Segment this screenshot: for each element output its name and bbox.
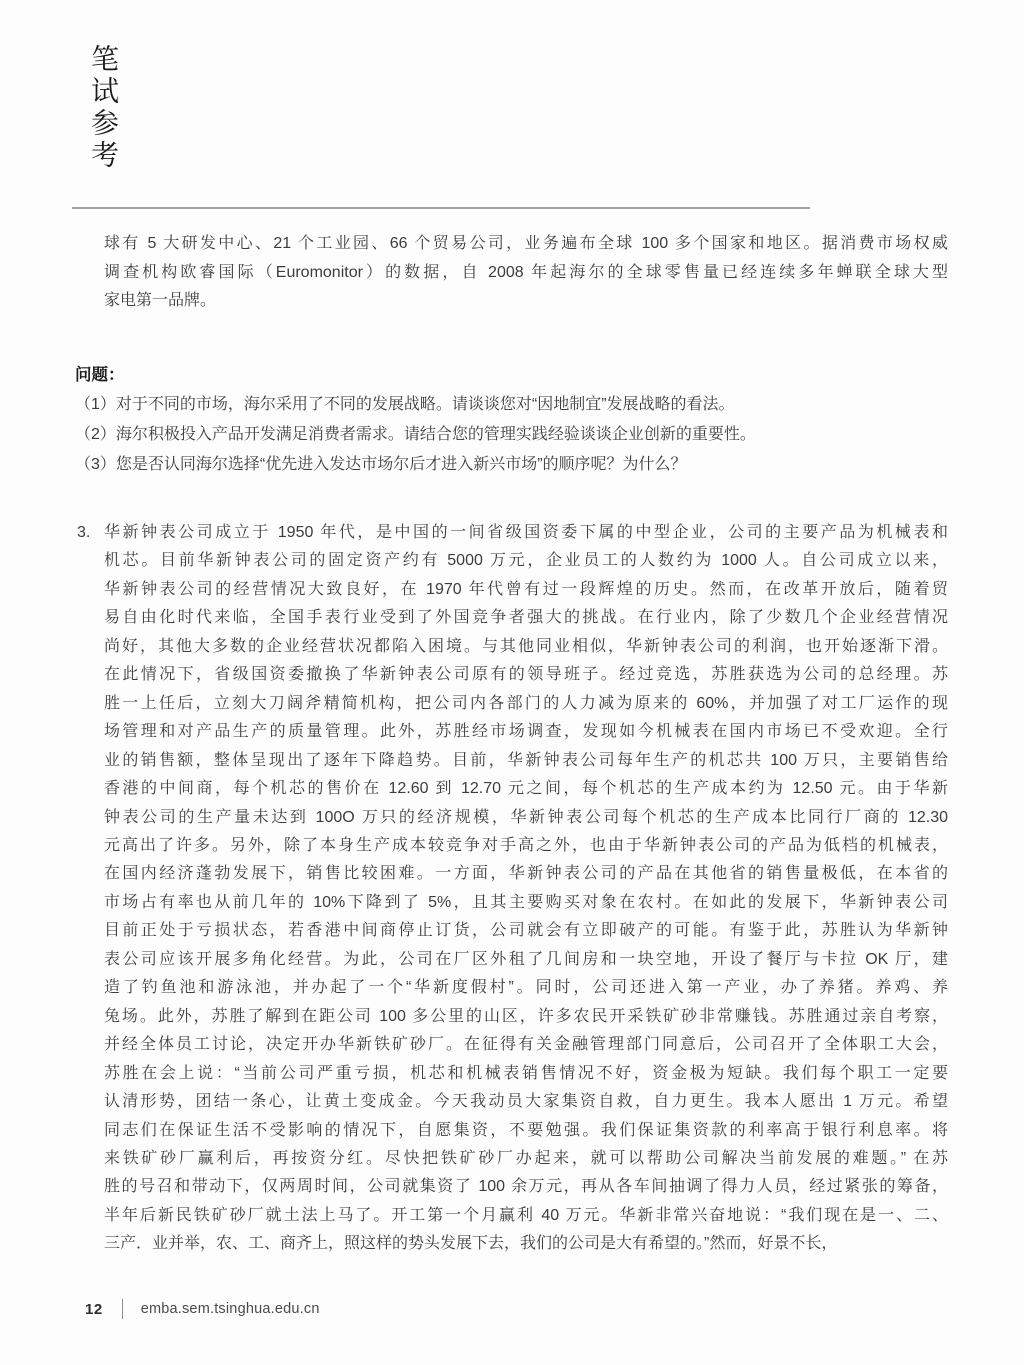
case-text-line: 在此情况下，省级国资委撤换了华新钟表公司原有的领导班子。经过竞选，苏胜获选为公司…: [104, 661, 948, 689]
case-text-line: 三产．业并举，农、工、商齐上，照这样的势头发展下去，我们的公司是大有希望的。”然…: [104, 1230, 948, 1258]
case-text-line: 同志们在保证生活不受影响的情况下，自愿集资，不要勉强。我们保证集资款的利率高于银…: [104, 1117, 948, 1145]
question-item-3: （3）您是否认同海尔选择“优先进入发达市场尔后才进入新兴市场”的顺序呢？为什么？: [75, 450, 948, 480]
case-text-line: 兔场。此外，苏胜了解到在距公司 100 多公里的山区，许多农民开采铁矿砂非常赚钱…: [104, 1003, 948, 1031]
case-text-line: 市场占有率也从前几年的 10%下降到了 5%，且其主要购买对象在农村。在如此的发…: [104, 889, 948, 917]
case-text-line: 尚好，其他大多数的企业经营状况都陷入困境。与其他同业相似，华新钟表公司的利润，也…: [104, 633, 948, 661]
case-text-line: 半年后新民铁矿砂厂就土法上马了。开工第一个月赢利 40 万元。华新非常兴奋地说：…: [104, 1202, 948, 1230]
document-page: 笔试参考 球有 5 大研发中心、21 个工业园、66 个贸易公司，业务遍布全球 …: [0, 0, 1024, 1365]
intro-line: 球有 5 大研发中心、21 个工业园、66 个贸易公司，业务遍布全球 100 多…: [104, 230, 948, 259]
case-text-line: 易自由化时代来临，全国手表行业受到了外国竞争者强大的挑战。在行业内，除了少数几个…: [104, 604, 948, 632]
case-text-line: 并经全体员工讨论，决定开办华新铁矿砂厂。在征得有关金融管理部门同意后，公司召开了…: [104, 1031, 948, 1059]
case-text-line: 造了钓鱼池和游泳池，并办起了一个“华新度假村”。同时，公司还进入第一产业，办了养…: [104, 974, 948, 1002]
case-text-line: 目前正处于亏损状态，若香港中间商停止订货，公司就会有立即破产的可能。有鉴于此，苏…: [104, 917, 948, 945]
case-number: 3.: [77, 519, 90, 547]
footer-divider: [122, 1299, 123, 1319]
case-text-line: 胜一上任后，立刻大刀阔斧精简机构，把公司内各部门的人力减为原来的 60%，并加强…: [104, 690, 948, 718]
case-text-line: 苏胜在会上说：“当前公司严重亏损，机芯和机械表销售情况不好，资金极为短缺。我们每…: [104, 1060, 948, 1088]
case-text-line: 认清形势，团结一条心，让黄土变成金。今天我动员大家集资自救，自力更生。我本人愿出…: [104, 1088, 948, 1116]
case-body: 华新钟表公司成立于 1950 年代，是中国的一间省级国资委下属的中型企业，公司的…: [104, 519, 948, 1259]
case-text-line: 胜的号召和带动下，仅两周时间，公司就集资了 100 余万元，再从各车间抽调了得力…: [104, 1173, 948, 1201]
case-text-line: 业的销售额，整体呈现出了逐年下降趋势。目前，华新钟表公司每年生产的机芯共 100…: [104, 747, 948, 775]
question-item-2: （2）海尔积极投入产品开发满足消费者需求。请结合您的管理实践经验谈谈企业创新的重…: [75, 420, 948, 450]
intro-line: 家电第一品牌。: [104, 287, 948, 316]
questions-heading: 问题：: [75, 360, 948, 390]
page-vertical-title: 笔试参考: [83, 44, 123, 172]
case-text-line: 来铁矿砂厂赢利后，再按资分红。尽快把铁矿砂厂办起来，就可以帮助公司解决当前发展的…: [104, 1145, 948, 1173]
intro-line: 调查机构欧睿国际（Euromonitor）的数据，自 2008 年起海尔的全球零…: [104, 259, 948, 288]
question-item-1: （1）对于不同的市场，海尔采用了不同的发展战略。请谈谈您对“因地制宜”发展战略的…: [75, 390, 948, 420]
questions-section: 问题： （1）对于不同的市场，海尔采用了不同的发展战略。请谈谈您对“因地制宜”发…: [75, 360, 948, 480]
page-number: 12: [85, 1301, 103, 1318]
header-divider: [72, 207, 810, 209]
case-text-line: 元高出了许多。另外，除了本身生产成本较竞争对手高之外，也由于华新钟表公司的产品为…: [104, 832, 948, 860]
case-item-3: 3. 华新钟表公司成立于 1950 年代，是中国的一间省级国资委下属的中型企业，…: [75, 519, 948, 1259]
page-footer: 12 emba.sem.tsinghua.edu.cn: [85, 1299, 320, 1319]
intro-paragraph: 球有 5 大研发中心、21 个工业园、66 个贸易公司，业务遍布全球 100 多…: [104, 230, 948, 316]
case-text-line: 场管理和对产品生产的质量管理。此外，苏胜经市场调查，发现如今机械表在国内市场已不…: [104, 718, 948, 746]
case-text-line: 华新钟表公司成立于 1950 年代，是中国的一间省级国资委下属的中型企业，公司的…: [104, 519, 948, 547]
case-text-line: 在国内经济蓬勃发展下，销售比较困难。一方面，华新钟表公司的产品在其他省的销售量极…: [104, 860, 948, 888]
case-text-line: 机芯。目前华新钟表公司的固定资产约有 5000 万元，企业员工的人数约为 100…: [104, 547, 948, 575]
footer-url: emba.sem.tsinghua.edu.cn: [141, 1301, 320, 1317]
case-text-line: 香港的中间商，每个机芯的售价在 12.60 到 12.70 元之间，每个机芯的生…: [104, 775, 948, 803]
case-text-line: 钟表公司的生产量未达到 100O 万只的经济规模，华新钟表公司每个机芯的生产成本…: [104, 804, 948, 832]
case-text-line: 表公司应该开展多角化经营。为此，公司在厂区外租了几间房和一块空地，开设了餐厅与卡…: [104, 946, 948, 974]
case-text-line: 华新钟表公司的经营情况大致良好，在 1970 年代曾有过一段辉煌的历史。然而，在…: [104, 576, 948, 604]
